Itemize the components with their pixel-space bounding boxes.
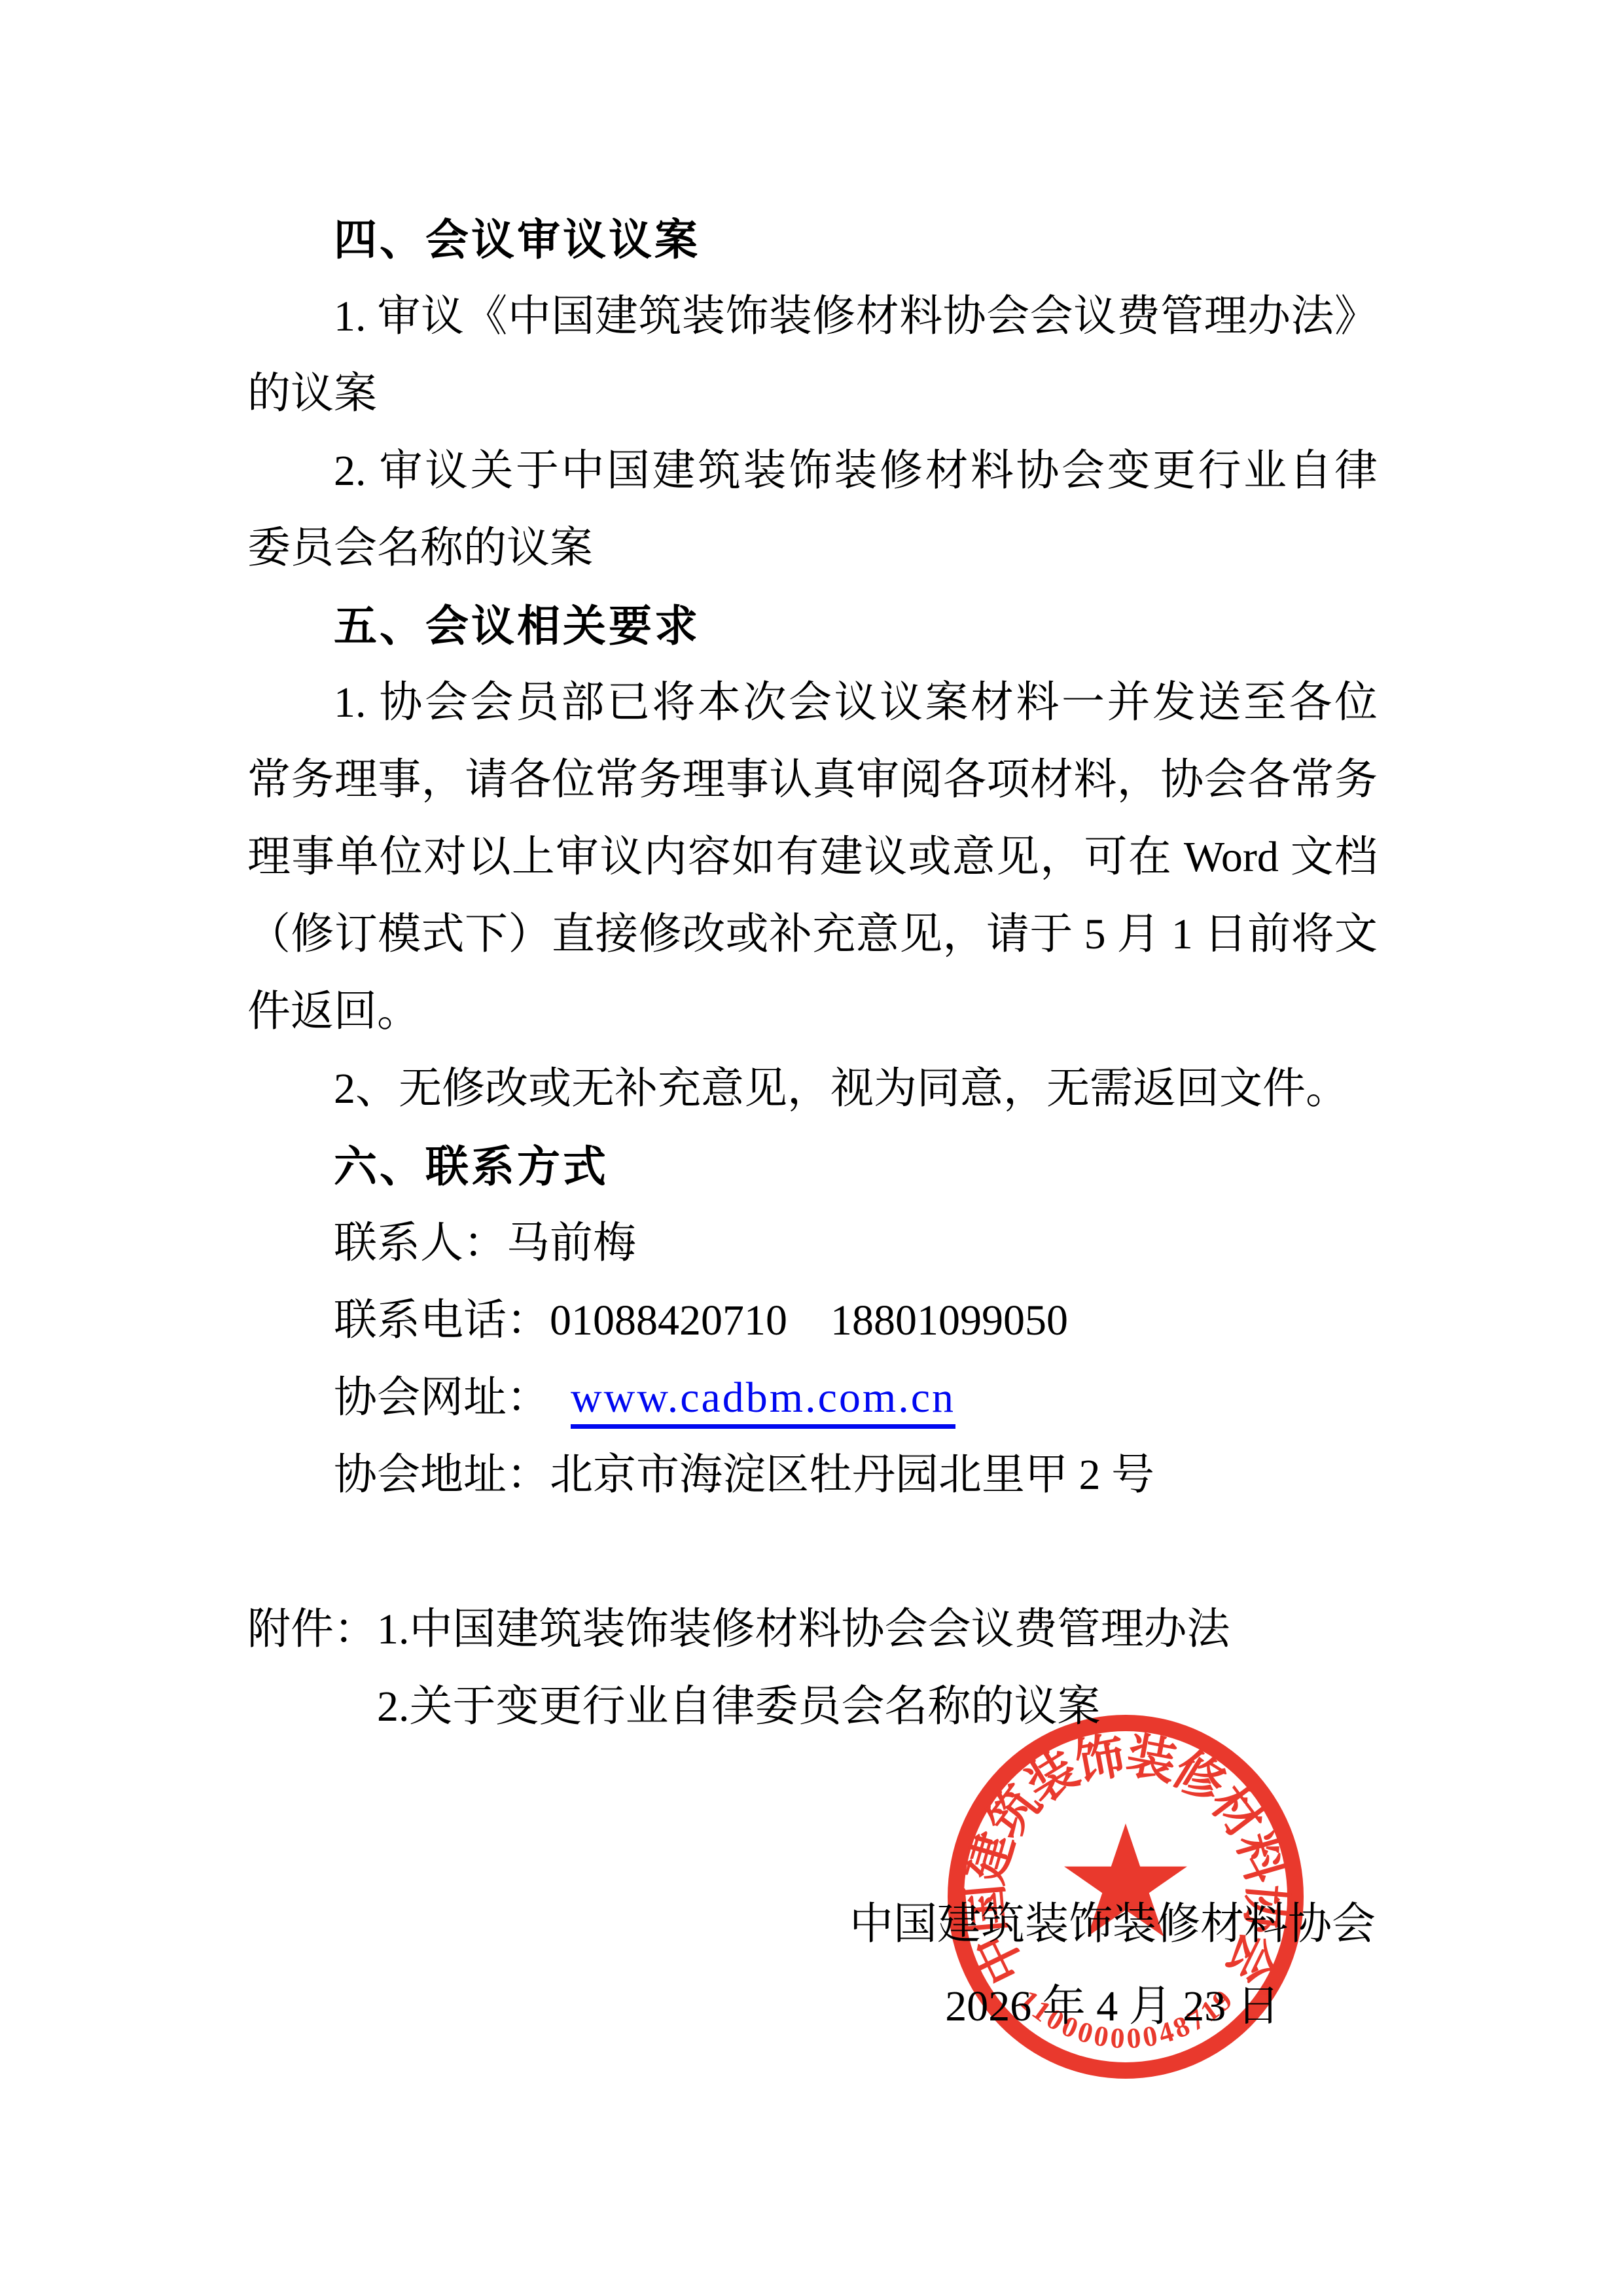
signature-organization: 中国建筑装饰装修材料协会: [849, 1900, 1376, 1948]
text-line: 1. 协会会员部已将本次会议议案材料一并发送至各位: [247, 664, 1378, 742]
attachment-line-2: 2.关于变更行业自律委员会名称的议案: [247, 1668, 1378, 1746]
text-line: 2、无修改或无补充意见，视为同意，无需返回文件。: [247, 1050, 1378, 1128]
website-link[interactable]: www.cadbm.com.cn: [571, 1374, 955, 1429]
text-line: 2. 审议关于中国建筑装饰装修材料协会变更行业自律: [247, 433, 1378, 510]
text-line: 1. 审议《中国建筑装饰装修材料协会会议费管理办法》: [247, 278, 1378, 355]
section-heading-5: 五、会议相关要求: [247, 587, 1378, 664]
contact-person-line: 联系人：马前梅: [247, 1205, 1378, 1282]
text-line: （修订模式下）直接修改或补充意见，请于 5 月 1 日前将文: [247, 896, 1378, 973]
website-line: 协会网址：www.cadbm.com.cn: [247, 1359, 1378, 1437]
document-page: 四、会议审议议案 1. 审议《中国建筑装饰装修材料协会会议费管理办法》 的议案 …: [0, 0, 1623, 2296]
text-line: 的议案: [247, 355, 1378, 433]
text-line: 件返回。: [247, 973, 1378, 1050]
section-heading-4: 四、会议审议议案: [247, 201, 1378, 278]
text-line: 常务理事，请各位常务理事认真审阅各项材料，协会各常务: [247, 742, 1378, 819]
website-label: 协会网址：: [334, 1374, 550, 1422]
section-heading-6: 六、联系方式: [247, 1128, 1378, 1205]
attachment-line-1: 附件：1.中国建筑装饰装修材料协会会议费管理办法: [247, 1591, 1378, 1668]
text-line: 理事单位对以上审议内容如有建议或意见，可在 Word 文档: [247, 819, 1378, 896]
blank-line: [247, 1514, 1378, 1591]
document-body: 四、会议审议议案 1. 审议《中国建筑装饰装修材料协会会议费管理办法》 的议案 …: [247, 201, 1378, 1746]
contact-phone-line: 联系电话：01088420710 18801099050: [247, 1282, 1378, 1359]
signature-date: 2026 年 4 月 23 日: [923, 1983, 1302, 2030]
text-line: 委员会名称的议案: [247, 510, 1378, 587]
address-line: 协会地址：北京市海淀区牡丹园北里甲 2 号: [247, 1437, 1378, 1514]
